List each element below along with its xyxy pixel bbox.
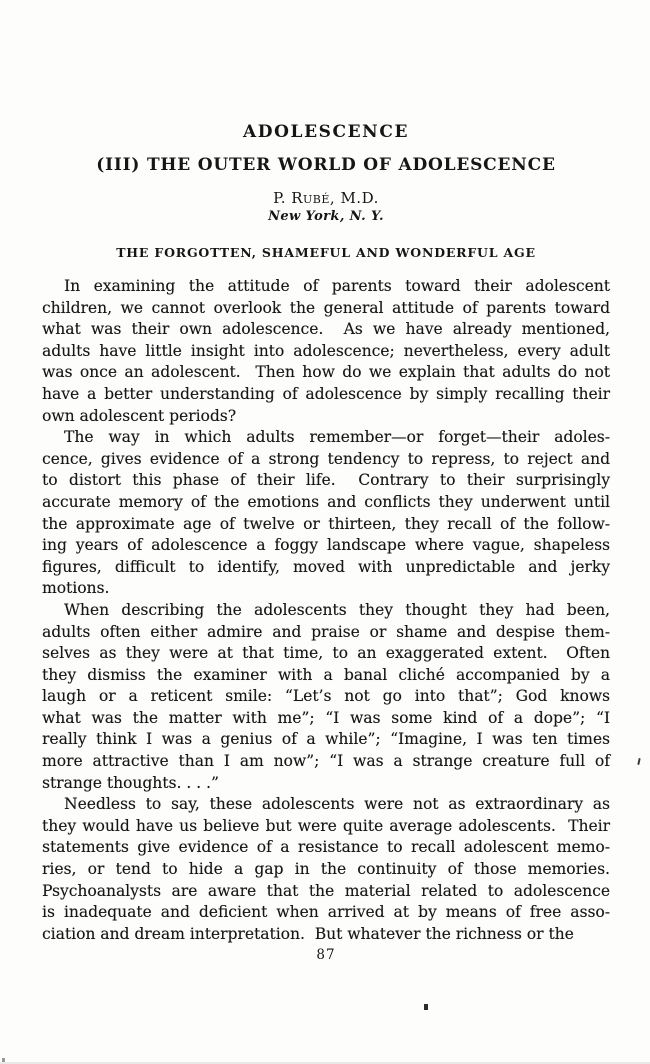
author-name: P. Rubé, M.D. [42, 189, 610, 207]
text-line: ing years of adolescence a foggy landsca… [42, 535, 610, 557]
text-line: they would have us believe but were quit… [42, 816, 610, 838]
article-subtitle: (III) THE OUTER WORLD OF ADOLESCENCE [42, 155, 610, 175]
scan-artifact-speck [424, 1004, 428, 1010]
text-line: adults have little insight into adolesce… [42, 341, 610, 363]
text-line: really think I was a genius of a while”;… [42, 729, 610, 751]
text-line: own adolescent periods? [42, 406, 610, 428]
text-line: more attractive than I am now”; “I was a… [42, 751, 610, 773]
text-line: to distort this phase of their life. Con… [42, 470, 610, 492]
text-line: The way in which adults remember—or forg… [42, 427, 610, 449]
article-title: ADOLESCENCE [42, 122, 610, 142]
text-line: Psychoanalysts are aware that the materi… [42, 881, 610, 903]
text-line: they dismiss the examiner with a banal c… [42, 665, 610, 687]
text-line: have a better understanding of adolescen… [42, 384, 610, 406]
section-heading: THE FORGOTTEN, SHAMEFUL AND WONDERFUL AG… [42, 245, 610, 260]
article-body: In examining the attitude of parents tow… [42, 276, 610, 945]
text-line: laugh or a reticent smile: “Let’s not go… [42, 686, 610, 708]
text-line: what was the matter with me”; “I was som… [42, 708, 610, 730]
text-line: strange thoughts. . . .” [42, 773, 610, 795]
text-line: selves as they were at that time, to an … [42, 643, 610, 665]
text-line: accurate memory of the emotions and conf… [42, 492, 610, 514]
text-line: figures, difficult to identify, moved wi… [42, 557, 610, 579]
text-line: children, we cannot overlook the general… [42, 298, 610, 320]
text-line: what was their own adolescence. As we ha… [42, 319, 610, 341]
scan-artifact-mark [637, 758, 640, 765]
text-line: ries, or tend to hide a gap in the conti… [42, 859, 610, 881]
text-line: Needless to say, these adolescents were … [42, 794, 610, 816]
page-number: 87 [42, 947, 610, 963]
text-line: ciation and dream interpretation. But wh… [42, 924, 610, 946]
text-line: motions. [42, 578, 610, 600]
text-line: is inadequate and deficient when arrived… [42, 902, 610, 924]
text-line: adults often either admire and praise or… [42, 622, 610, 644]
text-line: the approximate age of twelve or thirtee… [42, 514, 610, 536]
text-line: When describing the adolescents they tho… [42, 600, 610, 622]
text-line: cence, gives evidence of a strong tenden… [42, 449, 610, 471]
author-location: New York, N. Y. [42, 209, 610, 224]
scanned-journal-page: ADOLESCENCE (III) THE OUTER WORLD OF ADO… [0, 0, 650, 1064]
text-line: statements give evidence of a resistance… [42, 837, 610, 859]
text-line: was once an adolescent. Then how do we e… [42, 362, 610, 384]
text-line: In examining the attitude of parents tow… [42, 276, 610, 298]
